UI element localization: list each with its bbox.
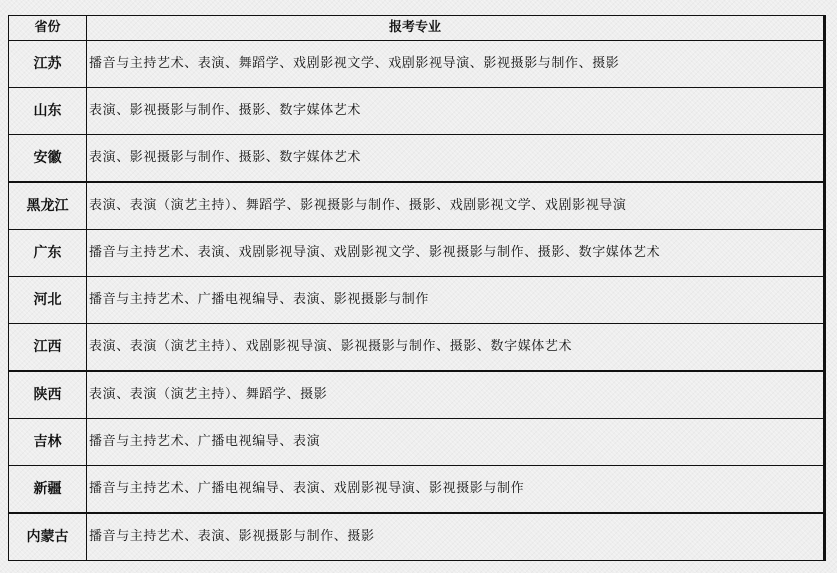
table-row: 新疆 播音与主持艺术、广播电视编导、表演、戏剧影视导演、影视摄影与制作 [9,466,825,514]
table-row: 安徽 表演、影视摄影与制作、摄影、数字媒体艺术 [9,135,825,183]
table-row: 黑龙江 表演、表演（演艺主持）、舞蹈学、影视摄影与制作、摄影、戏剧影视文学、戏剧… [9,182,825,230]
province-cell: 广东 [9,230,87,277]
majors-cell: 播音与主持艺术、表演、戏剧影视导演、戏剧影视文学、影视摄影与制作、摄影、数字媒体… [87,230,825,277]
table-row: 江苏 播音与主持艺术、表演、舞蹈学、戏剧影视文学、戏剧影视导演、影视摄影与制作、… [9,41,825,88]
province-majors-table-container: 省份 报考专业 江苏 播音与主持艺术、表演、舞蹈学、戏剧影视文学、戏剧影视导演、… [8,15,824,561]
province-cell: 陕西 [9,371,87,419]
majors-cell: 表演、表演（演艺主持）、舞蹈学、摄影 [87,371,825,419]
majors-cell: 播音与主持艺术、广播电视编导、表演、影视摄影与制作 [87,277,825,324]
table-row: 广东 播音与主持艺术、表演、戏剧影视导演、戏剧影视文学、影视摄影与制作、摄影、数… [9,230,825,277]
majors-cell: 播音与主持艺术、广播电视编导、表演 [87,419,825,466]
header-province: 省份 [9,16,87,41]
province-cell: 内蒙古 [9,513,87,561]
table-row: 陕西 表演、表演（演艺主持）、舞蹈学、摄影 [9,371,825,419]
province-majors-table: 省份 报考专业 江苏 播音与主持艺术、表演、舞蹈学、戏剧影视文学、戏剧影视导演、… [8,15,826,561]
table-row: 山东 表演、影视摄影与制作、摄影、数字媒体艺术 [9,88,825,135]
province-cell: 河北 [9,277,87,324]
majors-cell: 表演、影视摄影与制作、摄影、数字媒体艺术 [87,135,825,183]
majors-cell: 表演、表演（演艺主持）、舞蹈学、影视摄影与制作、摄影、戏剧影视文学、戏剧影视导演 [87,182,825,230]
header-majors: 报考专业 [87,16,825,41]
table-header-row: 省份 报考专业 [9,16,825,41]
majors-cell: 播音与主持艺术、表演、影视摄影与制作、摄影 [87,513,825,561]
table-row: 吉林 播音与主持艺术、广播电视编导、表演 [9,419,825,466]
province-cell: 江西 [9,324,87,372]
majors-cell: 表演、表演（演艺主持）、戏剧影视导演、影视摄影与制作、摄影、数字媒体艺术 [87,324,825,372]
majors-cell: 播音与主持艺术、广播电视编导、表演、戏剧影视导演、影视摄影与制作 [87,466,825,514]
majors-cell: 播音与主持艺术、表演、舞蹈学、戏剧影视文学、戏剧影视导演、影视摄影与制作、摄影 [87,41,825,88]
province-cell: 新疆 [9,466,87,514]
province-cell: 黑龙江 [9,182,87,230]
province-cell: 江苏 [9,41,87,88]
table-row: 河北 播音与主持艺术、广播电视编导、表演、影视摄影与制作 [9,277,825,324]
table-row: 江西 表演、表演（演艺主持）、戏剧影视导演、影视摄影与制作、摄影、数字媒体艺术 [9,324,825,372]
province-cell: 安徽 [9,135,87,183]
majors-cell: 表演、影视摄影与制作、摄影、数字媒体艺术 [87,88,825,135]
province-cell: 吉林 [9,419,87,466]
province-cell: 山东 [9,88,87,135]
table-row: 内蒙古 播音与主持艺术、表演、影视摄影与制作、摄影 [9,513,825,561]
